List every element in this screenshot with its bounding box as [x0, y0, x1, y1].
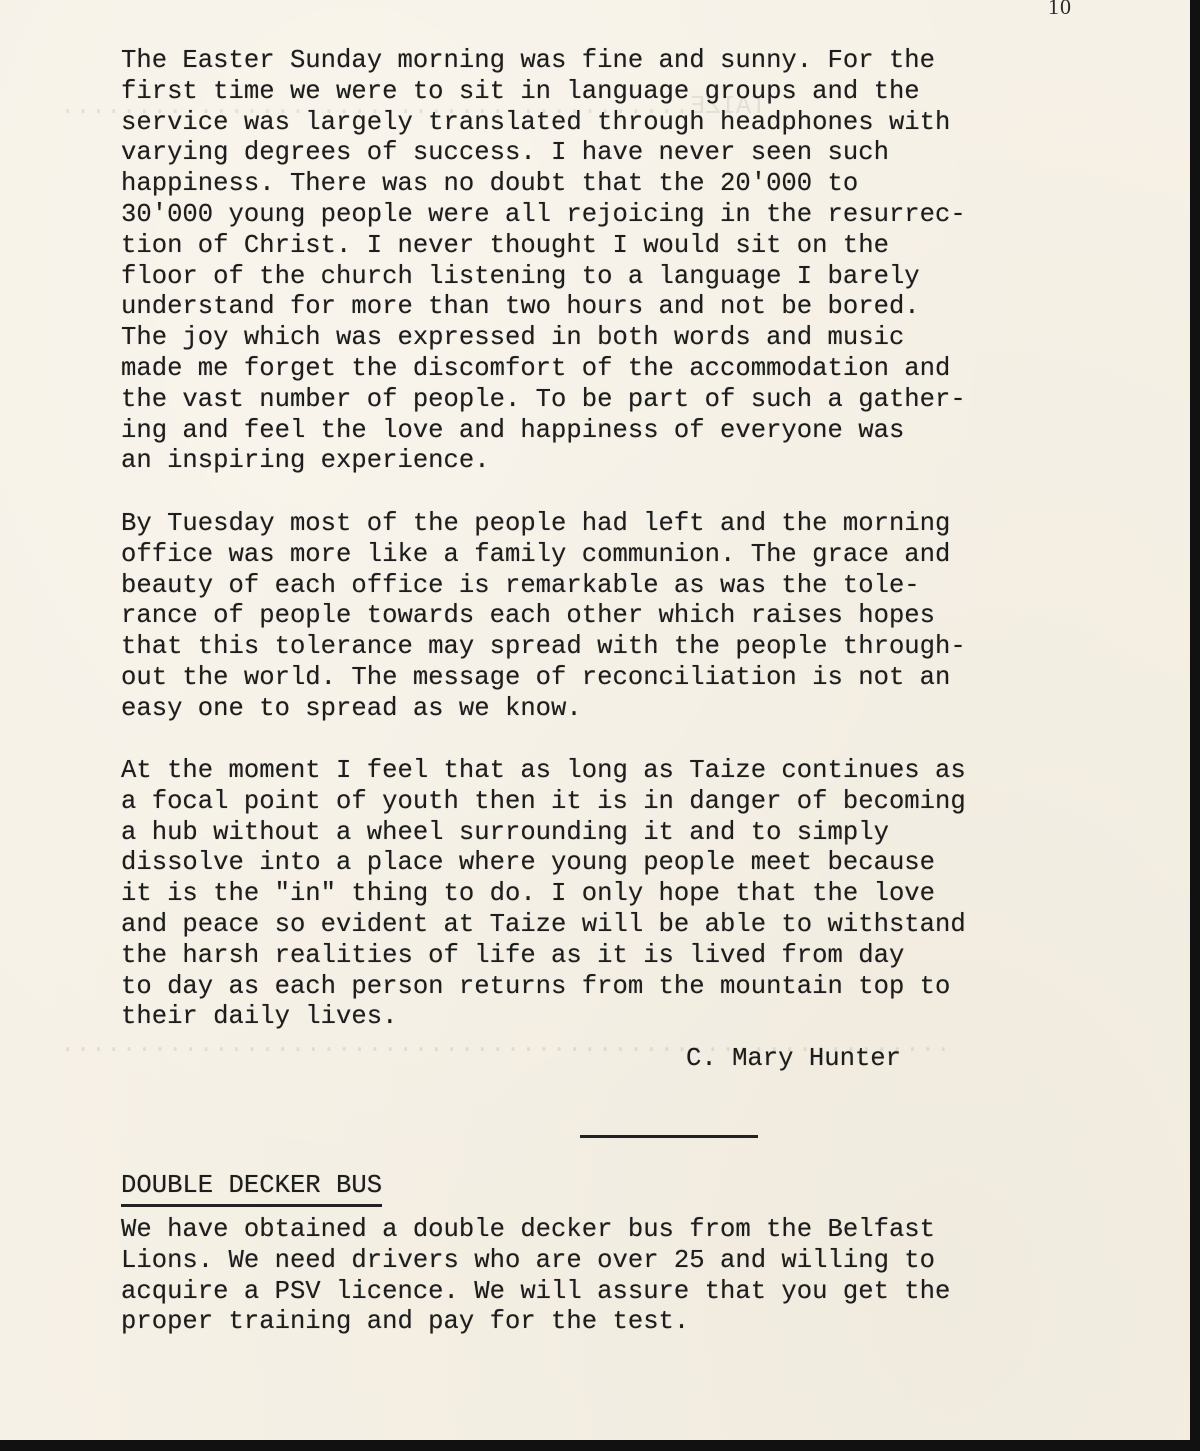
text-line: proper training and pay for the test. [121, 1307, 1131, 1338]
text-line: the vast number of people. To be part of… [121, 385, 1131, 416]
text-line: their daily lives. [121, 1002, 1131, 1033]
paragraph-tuesday: By Tuesday most of the people had left a… [121, 509, 1131, 725]
document-page: TAIZE...................................… [0, 0, 1190, 1440]
text-line: 30'000 young people were all rejoicing i… [121, 200, 1131, 231]
text-line: a hub without a wheel surrounding it and… [121, 818, 1131, 849]
text-line: beauty of each office is remarkable as w… [121, 571, 1131, 602]
paragraph-easter-sunday: The Easter Sunday morning was fine and s… [121, 46, 1131, 477]
text-line: tion of Christ. I never thought I would … [121, 231, 1131, 262]
text-line: We have obtained a double decker bus fro… [121, 1215, 1131, 1246]
text-line: out the world. The message of reconcilia… [121, 663, 1131, 694]
text-line: By Tuesday most of the people had left a… [121, 509, 1131, 540]
text-line: service was largely translated through h… [121, 108, 1131, 139]
page-number: 10 [1048, 0, 1072, 20]
scan-edge-bottom [0, 1440, 1200, 1451]
text-line: dissolve into a place where young people… [121, 848, 1131, 879]
text-line: to day as each person returns from the m… [121, 972, 1131, 1003]
text-line: acquire a PSV licence. We will assure th… [121, 1277, 1131, 1308]
scan-edge-right [1190, 0, 1200, 1451]
text-line: Lions. We need drivers who are over 25 a… [121, 1246, 1131, 1277]
text-line: varying degrees of success. I have never… [121, 138, 1131, 169]
text-line: the harsh realities of life as it is liv… [121, 941, 1131, 972]
text-line: and peace so evident at Taize will be ab… [121, 910, 1131, 941]
text-line: happiness. There was no doubt that the 2… [121, 169, 1131, 200]
author-signature: C. Mary Hunter [686, 1044, 901, 1073]
text-line: rance of people towards each other which… [121, 601, 1131, 632]
text-line: The joy which was expressed in both word… [121, 323, 1131, 354]
text-line: floor of the church listening to a langu… [121, 262, 1131, 293]
text-line: that this tolerance may spread with the … [121, 632, 1131, 663]
text-line: it is the "in" thing to do. I only hope … [121, 879, 1131, 910]
section-divider [580, 1135, 758, 1138]
section-heading-double-decker-bus: DOUBLE DECKER BUS [121, 1172, 382, 1207]
text-line: The Easter Sunday morning was fine and s… [121, 46, 1131, 77]
text-line: ing and feel the love and happiness of e… [121, 416, 1131, 447]
text-line: a focal point of youth then it is in dan… [121, 787, 1131, 818]
text-line: first time we were to sit in language gr… [121, 77, 1131, 108]
text-line: At the moment I feel that as long as Tai… [121, 756, 1131, 787]
paragraph-double-decker-bus: We have obtained a double decker bus fro… [121, 1215, 1131, 1338]
text-line: easy one to spread as we know. [121, 694, 1131, 725]
text-line: an inspiring experience. [121, 446, 1131, 477]
paragraph-reflection: At the moment I feel that as long as Tai… [121, 756, 1131, 1033]
text-line: office was more like a family communion.… [121, 540, 1131, 571]
text-line: made me forget the discomfort of the acc… [121, 354, 1131, 385]
text-line: understand for more than two hours and n… [121, 292, 1131, 323]
